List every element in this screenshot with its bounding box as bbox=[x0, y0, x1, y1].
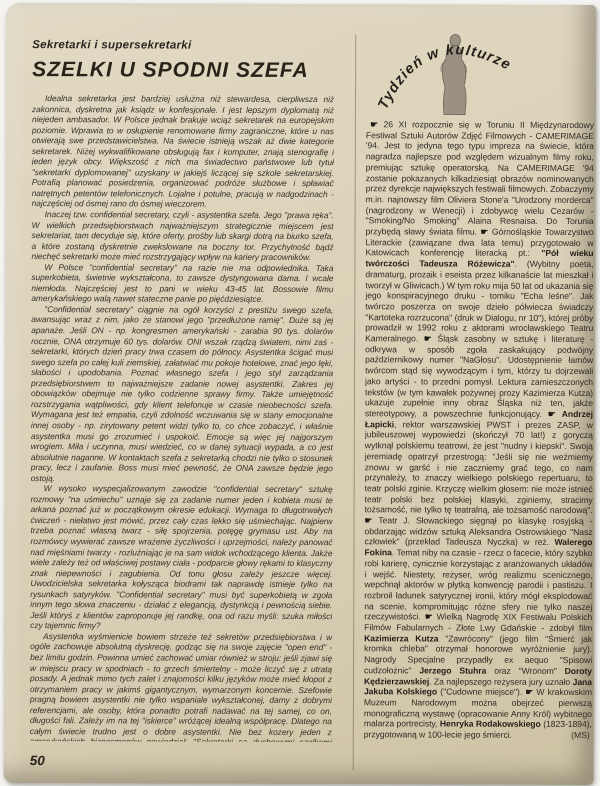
right-article-body: ☛ 26 XI rozpocznie się w Toruniu II Międ… bbox=[364, 119, 594, 741]
section-kicker: Sekretarki i supersekretarki bbox=[32, 39, 334, 52]
item-marker-icon: ☛ bbox=[525, 687, 536, 697]
article-paragraph: Asystentka wyśmienicie bowiem strzeże te… bbox=[30, 631, 332, 742]
article-title: SZELKI U SPODNI SZEFA bbox=[32, 58, 334, 83]
article-text: ("Cudowne miejsce"). bbox=[437, 687, 525, 697]
article-paragraph: Idealna sekretarka jest bardziej usłużna… bbox=[32, 93, 334, 210]
article-text: 26 XI rozpocznie się w Toruniu II Między… bbox=[366, 119, 594, 236]
highlighted-name: Kazimierza Kutza bbox=[364, 633, 438, 643]
article-text: . Temat niby na czasie - rzecz o facecie… bbox=[364, 547, 592, 621]
item-marker-icon: ☛ bbox=[366, 119, 384, 129]
article-text: . (Wybitny poeta, dramaturg, prozaik i e… bbox=[365, 259, 593, 344]
left-column: Sekretarki i supersekretarki SZELKI U SP… bbox=[30, 39, 334, 742]
article-text: Śląsk zasobny w sztukę i literaturę - od… bbox=[365, 334, 593, 419]
item-marker-icon: ☛ bbox=[481, 227, 492, 237]
item-marker-icon: ☛ bbox=[425, 612, 437, 622]
left-article-body: Idealna sekretarka jest bardziej usłużna… bbox=[30, 93, 334, 742]
column-divider bbox=[353, 34, 357, 770]
highlighted-name: Henryka Rodakowskiego bbox=[440, 719, 541, 729]
article-text: oraz "Wronom" bbox=[486, 666, 564, 676]
highlighted-name: Jerzego Stuhra bbox=[419, 665, 486, 675]
page-number: 50 bbox=[30, 753, 45, 768]
article-text: . Za najlepszego reżysera jury uznało bbox=[429, 676, 572, 687]
article-paragraph: W Polsce "confidential secretary" na raz… bbox=[31, 262, 333, 305]
article-paragraph: W wysoko wyspecjalizowanym zawodzie "con… bbox=[30, 483, 333, 632]
culture-week-logo: Tydzień w kulturze bbox=[376, 24, 536, 117]
article-paragraph: Inaczej tzw. confidential secretary, czy… bbox=[31, 209, 333, 263]
right-column: Tydzień w kulturze ☛ 26 XI rozpocznie si… bbox=[364, 24, 594, 740]
item-marker-icon: ☛ bbox=[365, 515, 379, 525]
item-marker-icon: ☛ bbox=[424, 333, 438, 343]
article-paragraph: "Confidential secretary" ciągnie na ogół… bbox=[31, 304, 334, 484]
magazine-page: Sekretarki i supersekretarki SZELKI U SP… bbox=[4, 3, 597, 785]
culture-week-logo-graphic: Tydzień w kulturze bbox=[376, 24, 536, 117]
item-marker-icon: ☛ bbox=[548, 409, 562, 419]
article-text: , rektor warszawskiej PWST i prezes ZASP… bbox=[365, 419, 593, 515]
